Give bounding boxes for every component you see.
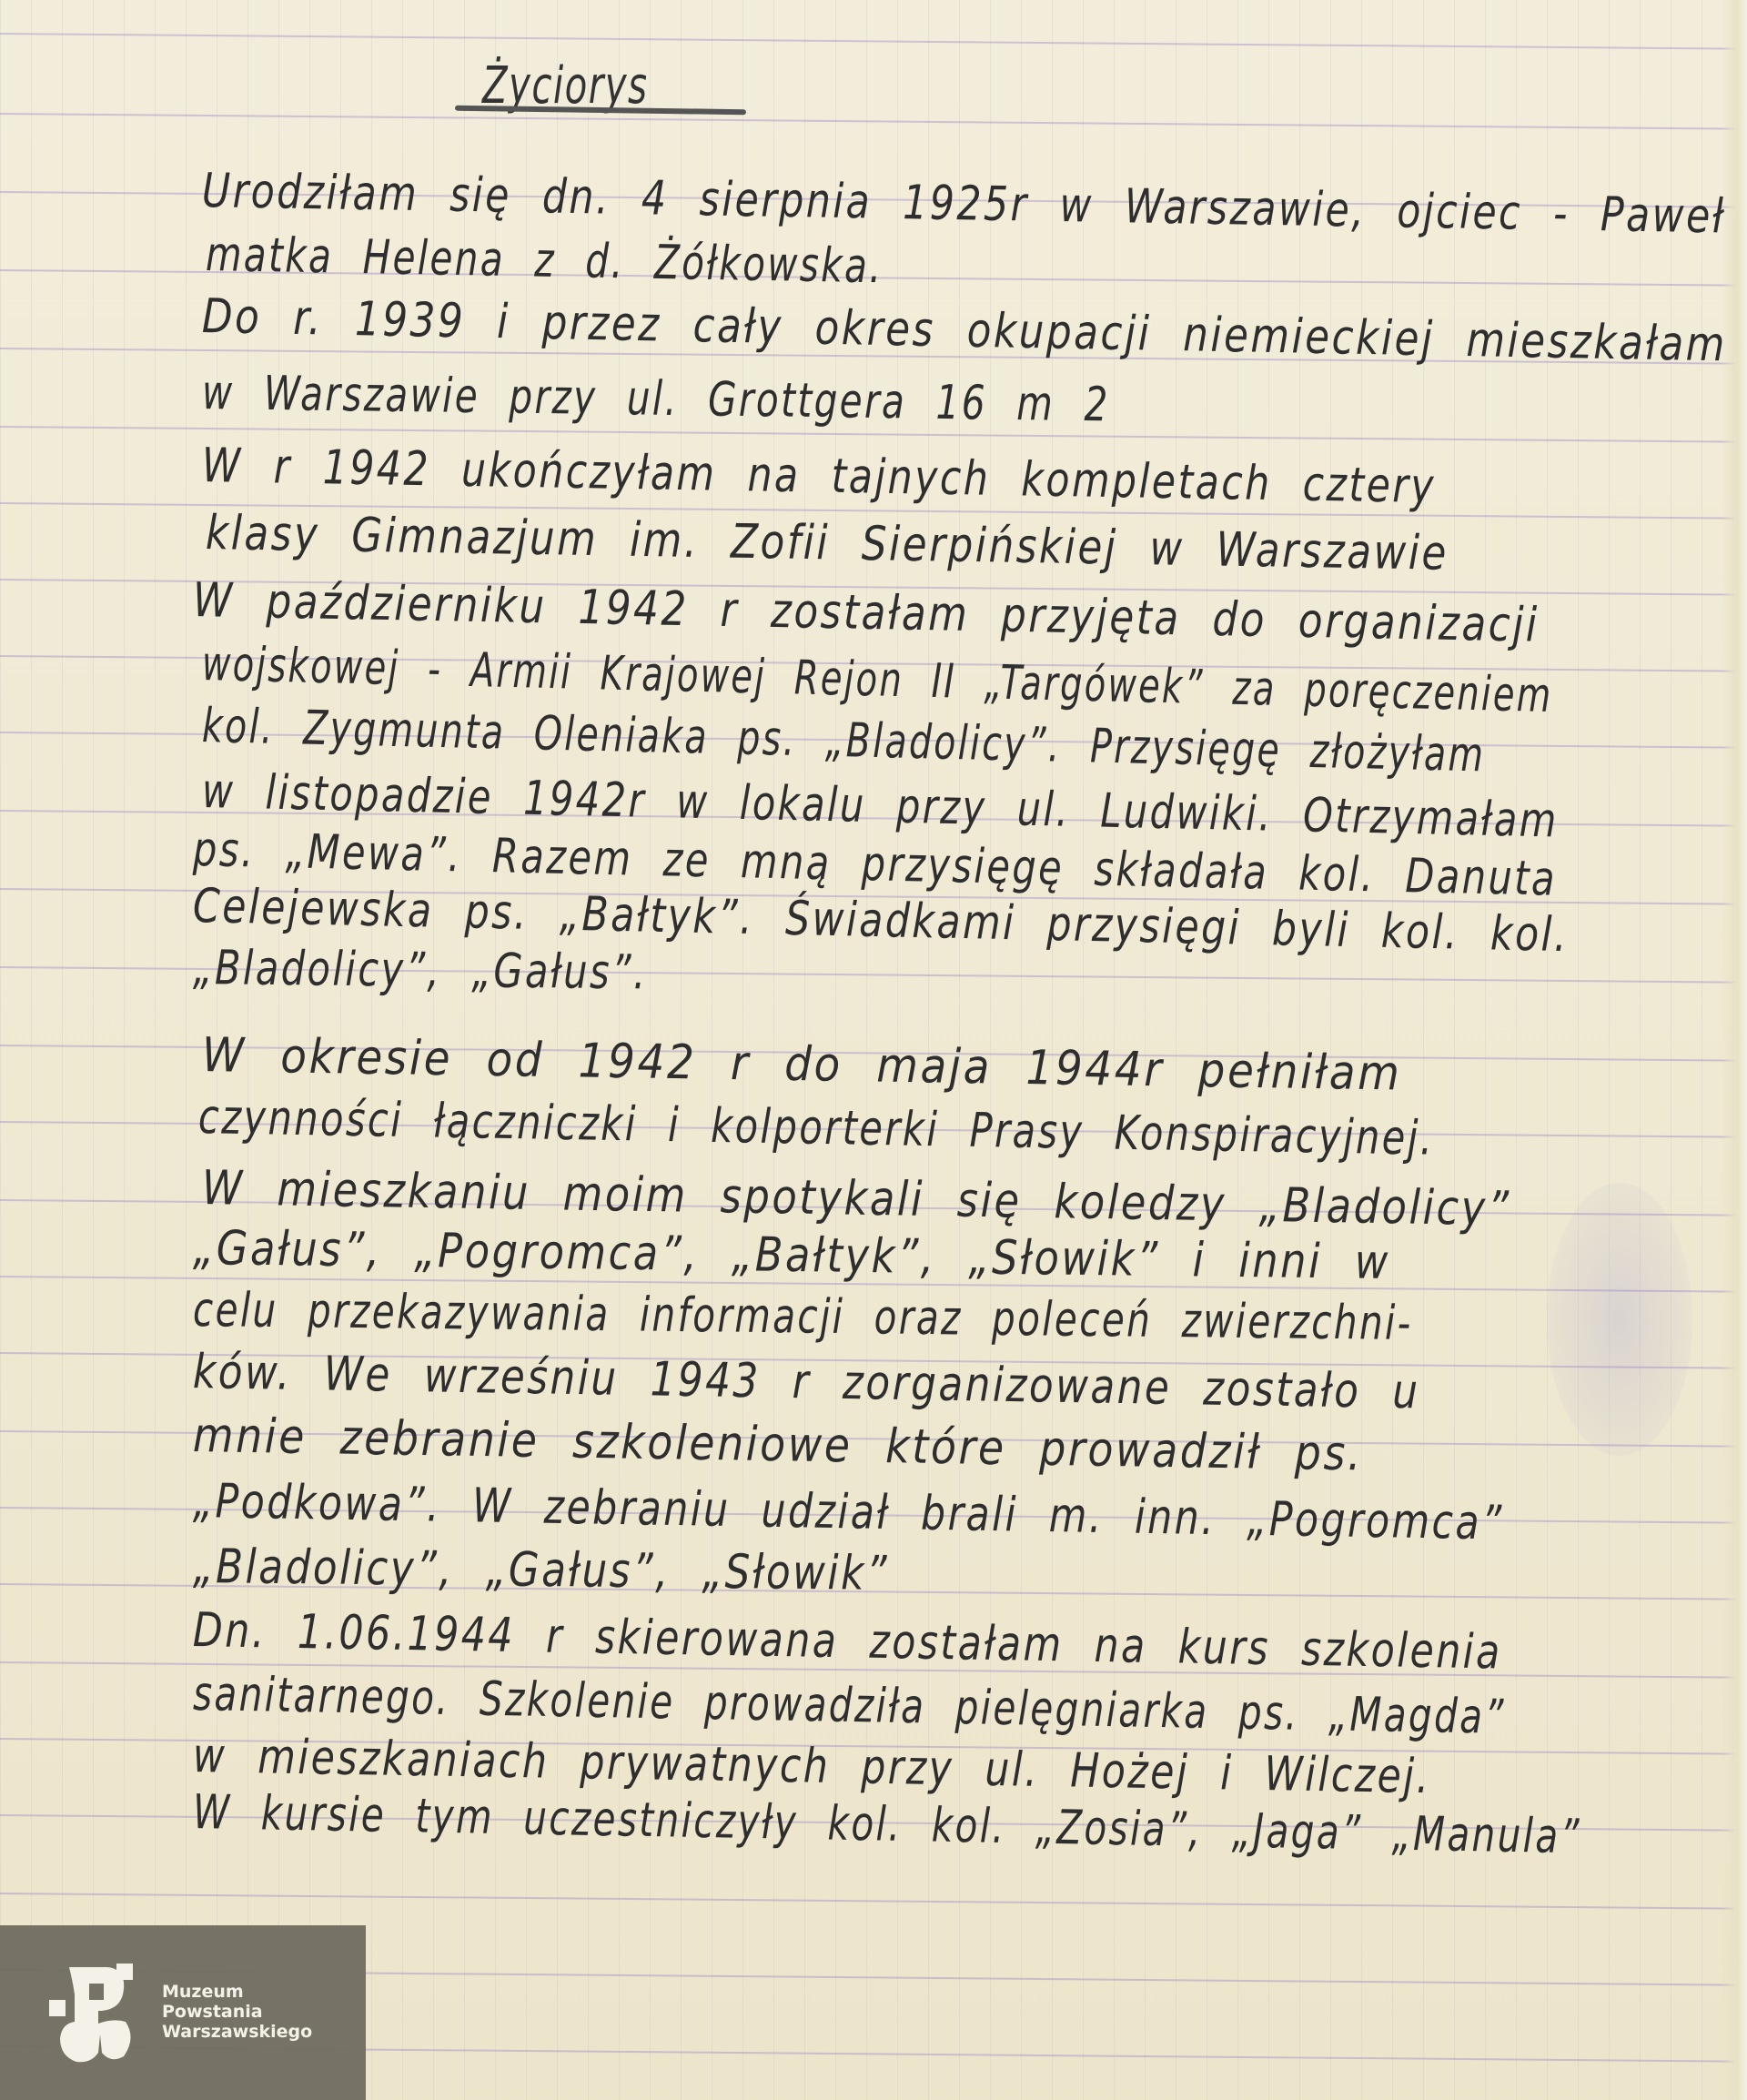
text-line: „Bladolicy”, „Gałus”. bbox=[193, 941, 648, 1000]
museum-name-line1: Muzeum bbox=[162, 1982, 312, 2002]
faded-stamp-mark bbox=[1547, 1183, 1692, 1456]
kotwica-anchor-icon bbox=[47, 1962, 149, 2064]
museum-watermark: Muzeum Powstania Warszawskiego bbox=[0, 1925, 366, 2100]
museum-name: Muzeum Powstania Warszawskiego bbox=[162, 1982, 312, 2042]
museum-name-line2: Powstania bbox=[162, 2002, 312, 2022]
text-line: „Bladolicy”, „Gałus”, „Słowik” bbox=[193, 1540, 889, 1601]
paper-right-edge bbox=[1722, 0, 1747, 2100]
museum-name-line3: Warszawskiego bbox=[162, 2022, 312, 2042]
